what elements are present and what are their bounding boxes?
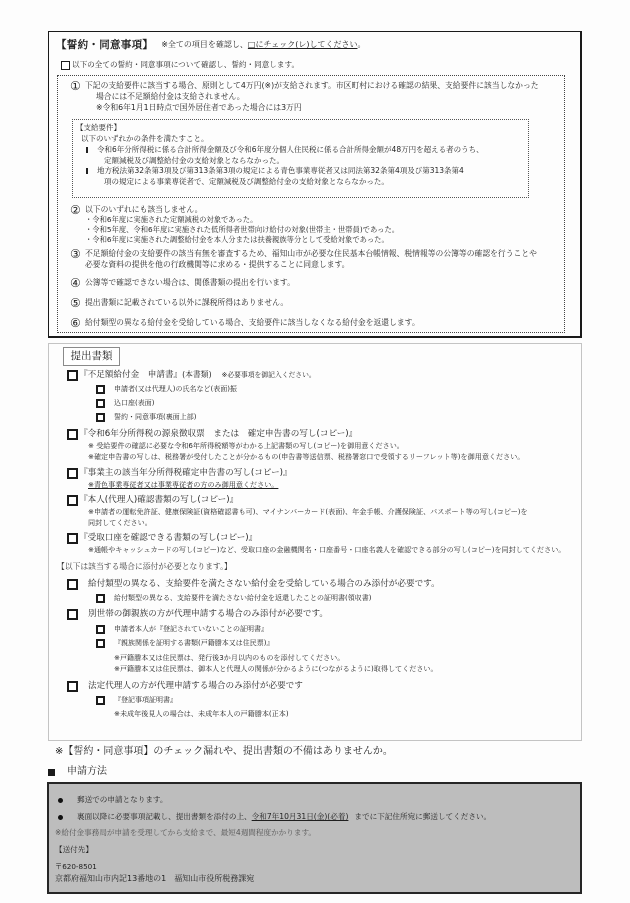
sub-item-label: 込口座(表面) xyxy=(114,399,154,407)
cond-item-other-benefit[interactable]: 給付類型の異なる、支給要件を満たさない給付金を受給している場合のみ添付が必要です… xyxy=(67,578,440,590)
doc-title: 『受取口座を確認できる書類の写し(コピー)』 xyxy=(79,533,257,543)
sub-item-label: 申請者本人が『登記されていないことの証明書』 xyxy=(114,625,268,633)
deadline-suffix: までに下記住所宛に郵送してください。 xyxy=(354,812,491,821)
sub-item-bank-account[interactable]: 込口座(表面) xyxy=(96,397,154,409)
doc-item-bank-account[interactable]: 『受取口座を確認できる書類の写し(コピー)』 xyxy=(67,532,257,544)
doc-note: ※通帳やキャッシュカードの写し(コピー)など、受取口座の金融機関名・口座番号・口… xyxy=(88,544,565,556)
doc-note: ※未成年後見人の場合は、未成年本人の戸籍謄本(正本) xyxy=(114,708,289,720)
term-number: ② xyxy=(70,204,81,216)
consent-instruction: ※全ての項目を確認し、□にチェック(レ)してください。 xyxy=(161,40,365,49)
documents-label: 提出書類 xyxy=(63,347,120,366)
method-bullet: 郵送での申請となります。 xyxy=(58,794,168,806)
sub-item-refund-receipt[interactable]: 給付類型の異なる、支給要件を満たさない給付金を返還したことの証明書(領収書) xyxy=(96,592,371,604)
mailing-address: 京都府福知山市内記13番地の1 福知山市役所税務課宛 xyxy=(55,873,254,885)
checkbox[interactable] xyxy=(96,413,105,422)
sub-item-kinship-proof[interactable]: 『親族関係を証明する書類(戸籍謄本又は住民票)』 xyxy=(96,637,273,649)
instruction-text: ※全ての項目を確認し、 xyxy=(161,40,248,49)
term-number: ⑥ xyxy=(70,317,81,329)
checkbox[interactable] xyxy=(67,495,78,506)
doc-note: ※戸籍謄本又は住民票は、御本人と代理人の関係が分かるように(つながるように)取得… xyxy=(114,663,438,675)
conditional-heading: 【以下は該当する場合に添付が必要となります。】 xyxy=(57,561,232,573)
sub-item-label: 『登記事項証明書』 xyxy=(114,696,177,704)
doc-title-suffix: (本書類) xyxy=(182,370,211,379)
bullet-marker-icon xyxy=(86,168,88,174)
checkbox[interactable] xyxy=(96,639,105,648)
sub-item-label: 『親族関係を証明する書類(戸籍謄本又は住民票)』 xyxy=(114,639,273,647)
square-bullet-icon xyxy=(48,769,55,776)
sub-item-label: 誓約・同意事項(裏面上部) xyxy=(114,413,196,421)
term-text-line: ※令和6年1月1日時点で国外居住者であった場合には3万円 xyxy=(96,102,302,114)
deadline-date: 令和7年10月31日(金)(必着) xyxy=(252,812,349,821)
cond-title: 給付類型の異なる、支給要件を満たさない給付金を受給している場合のみ添付が必要です… xyxy=(88,579,440,589)
deadline-prefix: 裏面以降に必要事項記載し、提出書類を添付の上、 xyxy=(77,812,252,821)
doc-note: ※確定申告書の写しは、税務署が受付したことが分かるもの(申告書等送信票、税務署窓… xyxy=(88,451,524,463)
sub-item-non-registration-cert[interactable]: 申請者本人が『登記されていないことの証明書』 xyxy=(96,623,268,635)
checkbox[interactable] xyxy=(67,579,78,590)
postal-code: 〒620-8501 xyxy=(55,861,97,873)
page: 【誓約・同意事項】※全ての項目を確認し、□にチェック(レ)してください。 以下の… xyxy=(0,0,630,903)
check-reminder: ※【誓約・同意事項】のチェック漏れや、提出書類の不備はありませんか。 xyxy=(55,746,393,758)
checkbox[interactable] xyxy=(96,594,105,603)
checkbox[interactable] xyxy=(67,429,78,440)
term-number: ⑤ xyxy=(70,297,81,309)
term-text-line: 必要な資料の提供を他の行政機関等に求める・提供することに同意します。 xyxy=(85,259,349,271)
consent-title: 【誓約・同意事項】 xyxy=(56,39,153,51)
term-number: ③ xyxy=(70,248,81,260)
term-sub-item: ・令和6年度に実施された調整給付金を本人分または扶養親族等分として受給対象であっ… xyxy=(85,234,389,246)
agree-all-label: 以下の全ての誓約・同意事項について確認し、誓約・同意します。 xyxy=(72,60,299,69)
term-number: ④ xyxy=(70,277,81,289)
checkbox[interactable] xyxy=(67,533,78,544)
method-heading-text: 申請方法 xyxy=(67,766,107,777)
checkbox[interactable] xyxy=(67,370,78,381)
cond-title: 法定代理人の方が代理申請する場合のみ添付が必要です xyxy=(88,681,303,691)
doc-item-identity[interactable]: 『本人(代理人)確認書類の写し(コピー)』 xyxy=(67,494,238,506)
doc-note: 同封してください。 xyxy=(88,517,152,529)
term-text-line: 給付類型の異なる給付金を受給している場合、支給要件に該当しなくなる給付金を返還し… xyxy=(85,317,420,329)
method-bullet: 裏面以降に必要事項記載し、提出書類を添付の上、令和7年10月31日(金)(必着)… xyxy=(58,811,491,823)
checkbox[interactable] xyxy=(96,696,105,705)
doc-inline-note: ※必要事項を御記入ください。 xyxy=(222,371,316,379)
checkbox[interactable] xyxy=(96,625,105,634)
checkbox[interactable] xyxy=(96,399,105,408)
sub-item-consent[interactable]: 誓約・同意事項(裏面上部) xyxy=(96,411,196,423)
checkbox[interactable] xyxy=(67,681,78,692)
doc-item-tax-slip[interactable]: 『令和6年分所得税の源泉徴収票 または 確定申告書の写し(コピー)』 xyxy=(67,428,357,440)
bullet-dot-icon xyxy=(58,798,63,803)
term-text-line: 公簿等で確認できない場合は、関係書類の提出を行います。 xyxy=(85,277,295,289)
instruction-underlined-text: □にチェック(レ)してください xyxy=(248,40,358,49)
bullet-dot-icon xyxy=(58,815,63,820)
requirement-line: 項の規定による事業専従者で、定額減税及び調整給付金の支給対象とならなかった。 xyxy=(104,176,389,188)
cond-item-relative-proxy[interactable]: 別世帯の御親族の方が代理申請する場合のみ添付が必要です。 xyxy=(67,608,328,620)
agree-all-row[interactable]: 以下の全ての誓約・同意事項について確認し、誓約・同意します。 xyxy=(61,59,299,71)
consent-header: 【誓約・同意事項】※全ての項目を確認し、□にチェック(レ)してください。 xyxy=(56,39,365,51)
instruction-suffix: 。 xyxy=(357,40,365,49)
method-heading: 申請方法 xyxy=(48,766,107,778)
sub-item-label: 給付類型の異なる、支給要件を満たさない給付金を返還したことの証明書(領収書) xyxy=(114,594,371,602)
doc-note: ※申請者の運転免許証、健康保険証(資格確認書も可)、マイナンバーカード(表面)、… xyxy=(88,506,528,518)
doc-title: 『事業主の該当年分所得税確定申告書の写し(コピー)』 xyxy=(79,468,292,478)
method-bullet-text: 裏面以降に必要事項記載し、提出書類を添付の上、令和7年10月31日(金)(必着)… xyxy=(77,812,491,821)
doc-title: 『令和6年分所得税の源泉徴収票 または 確定申告書の写し(コピー)』 xyxy=(79,429,357,439)
bullet-marker-icon xyxy=(86,147,88,153)
doc-note: ※青色事業専従者又は事業専従者の方のみ御用意ください。 xyxy=(88,479,278,491)
send-to-heading: 【送付先】 xyxy=(55,844,93,856)
sub-item-registry-cert[interactable]: 『登記事項証明書』 xyxy=(96,694,177,706)
checkbox[interactable] xyxy=(67,468,78,479)
doc-item-application-form[interactable]: 『不足額給付金 申請書』(本書類)※必要事項を御記入ください。 xyxy=(67,369,316,381)
sub-item-label: 申請者(又は代理人)の氏名など(表面)振 xyxy=(114,385,237,393)
doc-item-business-owner-return[interactable]: 『事業主の該当年分所得税確定申告書の写し(コピー)』 xyxy=(67,467,292,479)
doc-title: 『本人(代理人)確認書類の写し(コピー)』 xyxy=(79,495,238,505)
sub-item-applicant-name[interactable]: 申請者(又は代理人)の氏名など(表面)振 xyxy=(96,383,237,395)
cond-item-legal-representative[interactable]: 法定代理人の方が代理申請する場合のみ添付が必要です xyxy=(67,680,303,692)
term-text-line: 提出書類に記載されている以外に課税所得はありません。 xyxy=(85,297,288,309)
method-bullet-text: 郵送での申請となります。 xyxy=(77,795,168,804)
cond-title: 別世帯の御親族の方が代理申請する場合のみ添付が必要です。 xyxy=(88,609,328,619)
term-number: ① xyxy=(70,80,81,92)
checkbox[interactable] xyxy=(96,385,105,394)
processing-time-note: ※給付金事務局が申請を受理してから支給まで、最短4週間程度かかります。 xyxy=(55,827,316,839)
doc-title: 『不足額給付金 申請書』 xyxy=(79,370,182,380)
agree-all-checkbox[interactable] xyxy=(61,61,70,70)
checkbox[interactable] xyxy=(67,609,78,620)
